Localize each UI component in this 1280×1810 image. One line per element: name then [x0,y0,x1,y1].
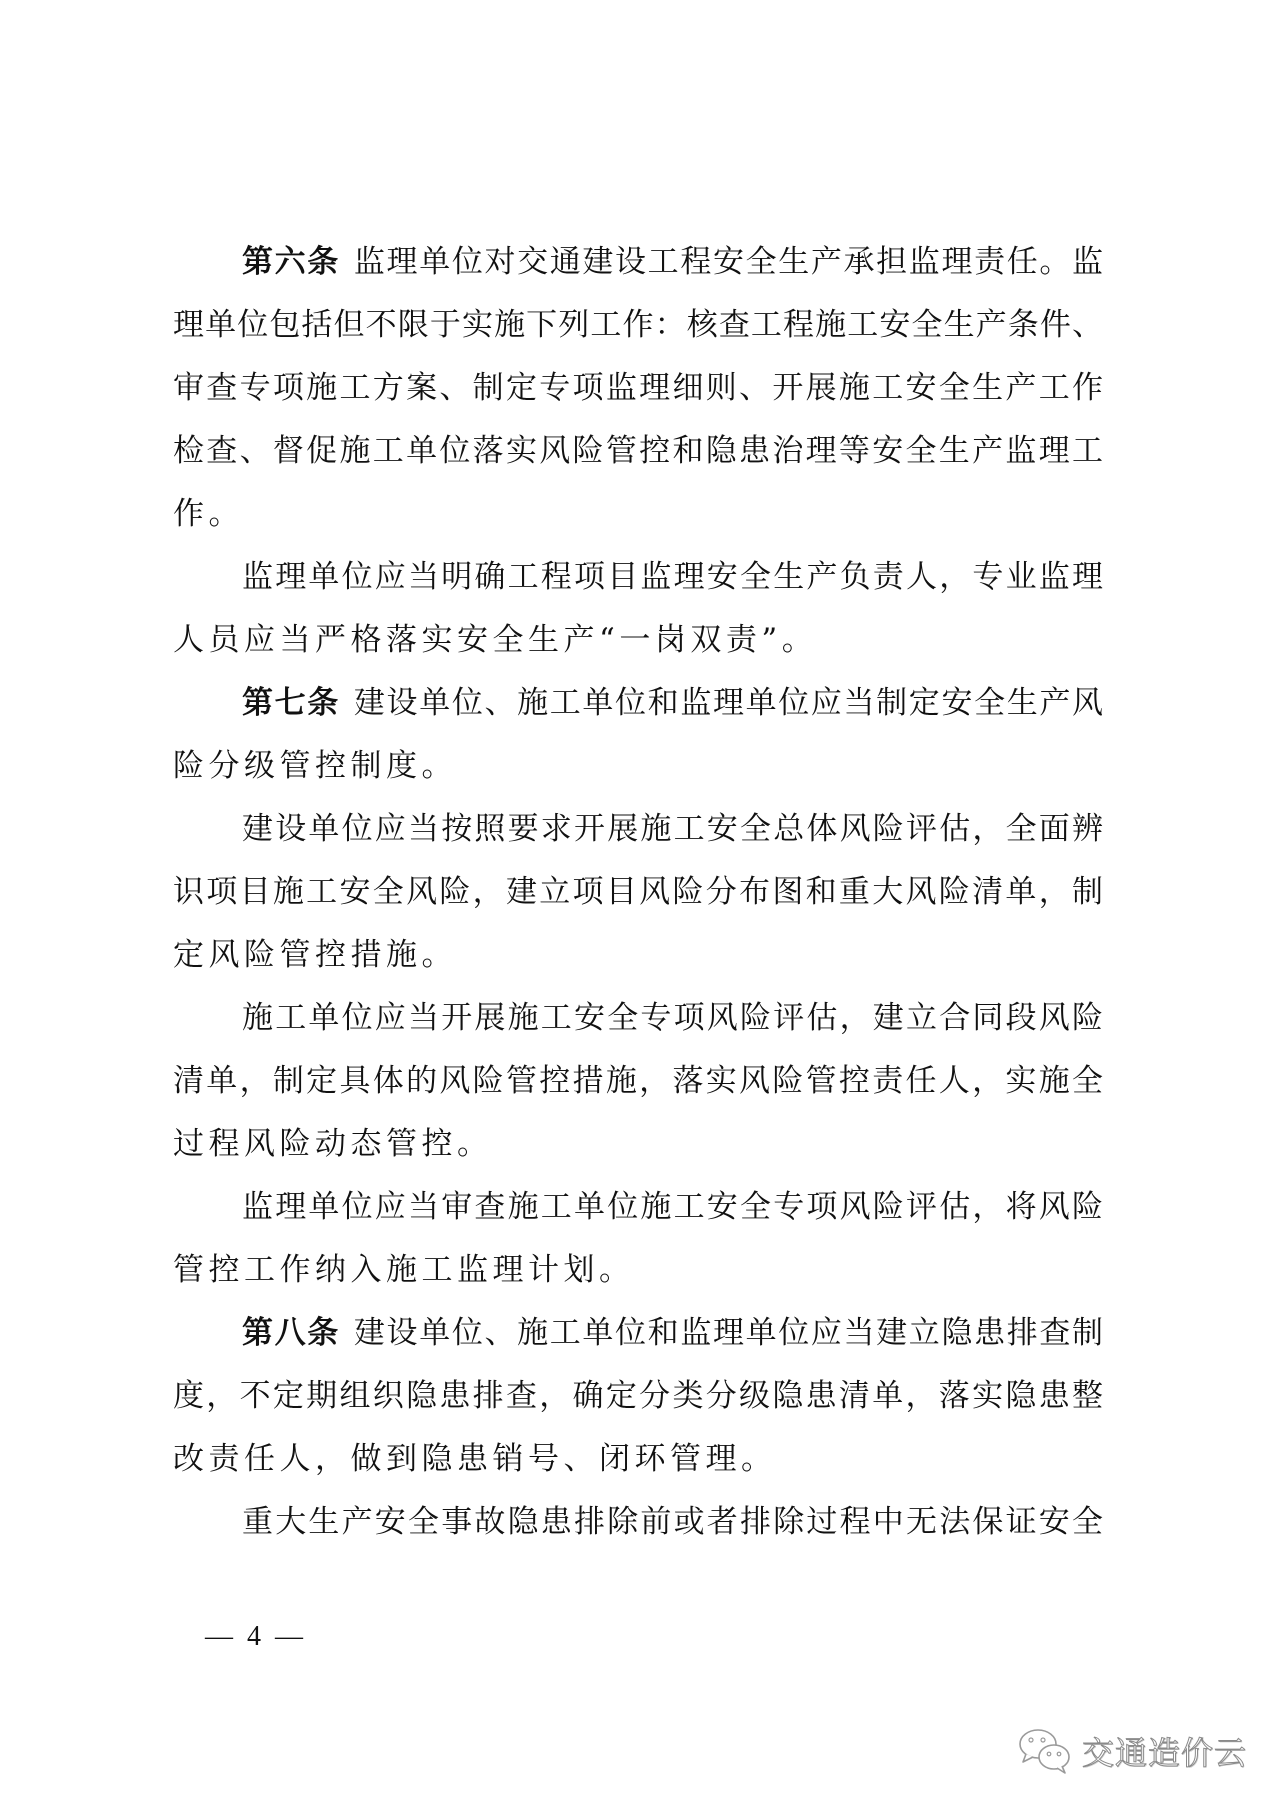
document-line: 重大生产安全事故隐患排除前或者排除过程中无法保证安全 [242,1502,1103,1542]
document-line: 识项目施工安全风险，建立项目风险分布图和重大风险清单，制 [173,872,1103,912]
line-text: 识项目施工安全风险，建立项目风险分布图和重大风险清单，制 [173,874,1103,910]
document-line: 检查、督促施工单位落实风险管控和隐患治理等安全生产监理工 [173,431,1103,471]
line-text: 审查专项施工方案、制定专项监理细则、开展施工安全生产工作 [173,370,1103,406]
document-line: 作。 [173,494,244,534]
line-text: 人员应当严格落实安全生产“一岗双责”。 [173,622,817,658]
line-text: 建设单位、施工单位和监理单位应当制定安全生产风 [354,685,1103,721]
line-text: 度，不定期组织隐患排查，确定分类分级隐患清单，落实隐患整 [173,1378,1103,1414]
document-line: 监理单位应当审查施工单位施工安全专项风险评估，将风险 [242,1187,1103,1227]
document-line: 清单，制定具体的风险管控措施，落实风险管控责任人，实施全 [173,1061,1103,1101]
document-line: 监理单位应当明确工程项目监理安全生产负责人，专业监理 [242,557,1103,597]
line-text: 管控工作纳入施工监理计划。 [173,1252,635,1288]
document-line: 施工单位应当开展施工安全专项风险评估，建立合同段风险 [242,998,1103,1038]
document-page: 第六条监理单位对交通建设工程安全生产承担监理责任。监 理单位包括但不限于实施下列… [0,0,1280,1810]
document-line: 第七条建设单位、施工单位和监理单位应当制定安全生产风 [242,683,1103,723]
line-text: 监理单位应当明确工程项目监理安全生产负责人，专业监理 [242,559,1103,595]
line-text: 定风险管控措施。 [173,937,457,973]
line-text: 检查、督促施工单位落实风险管控和隐患治理等安全生产监理工 [173,433,1103,469]
line-text: 改责任人，做到隐患销号、闭环管理。 [173,1441,777,1477]
document-line: 管控工作纳入施工监理计划。 [173,1250,635,1290]
line-text: 过程风险动态管控。 [173,1126,493,1162]
article-label: 第七条 [242,685,340,721]
document-line: 理单位包括但不限于实施下列工作：核查工程施工安全生产条件、 [173,305,1103,345]
line-text: 作。 [173,496,244,532]
line-text: 建设单位、施工单位和监理单位应当建立隐患排查制 [354,1315,1103,1351]
document-line: 第八条建设单位、施工单位和监理单位应当建立隐患排查制 [242,1313,1103,1353]
line-text: 重大生产安全事故隐患排除前或者排除过程中无法保证安全 [242,1504,1103,1540]
document-line: 度，不定期组织隐患排查，确定分类分级隐患清单，落实隐患整 [173,1376,1103,1416]
document-line: 险分级管控制度。 [173,746,457,786]
page-number: — 4 — [205,1620,303,1654]
document-line: 人员应当严格落实安全生产“一岗双责”。 [173,620,817,660]
document-line: 过程风险动态管控。 [173,1124,493,1164]
document-line: 第六条监理单位对交通建设工程安全生产承担监理责任。监 [242,242,1103,282]
article-label: 第八条 [242,1315,340,1351]
document-line: 建设单位应当按照要求开展施工安全总体风险评估，全面辨 [242,809,1103,849]
wechat-icon [1018,1727,1074,1775]
line-text: 监理单位对交通建设工程安全生产承担监理责任。监 [354,244,1103,280]
line-text: 清单，制定具体的风险管控措施，落实风险管控责任人，实施全 [173,1063,1103,1099]
document-line: 审查专项施工方案、制定专项监理细则、开展施工安全生产工作 [173,368,1103,408]
line-text: 建设单位应当按照要求开展施工安全总体风险评估，全面辨 [242,811,1103,847]
document-line: 改责任人，做到隐患销号、闭环管理。 [173,1439,777,1479]
article-label: 第六条 [242,244,340,280]
line-text: 施工单位应当开展施工安全专项风险评估，建立合同段风险 [242,1000,1103,1036]
watermark-text: 交通造价云 [1082,1728,1247,1774]
document-line: 定风险管控措施。 [173,935,457,975]
line-text: 险分级管控制度。 [173,748,457,784]
watermark: 交通造价云 [1018,1726,1247,1776]
line-text: 理单位包括但不限于实施下列工作：核查工程施工安全生产条件、 [173,307,1103,343]
line-text: 监理单位应当审查施工单位施工安全专项风险评估，将风险 [242,1189,1103,1225]
